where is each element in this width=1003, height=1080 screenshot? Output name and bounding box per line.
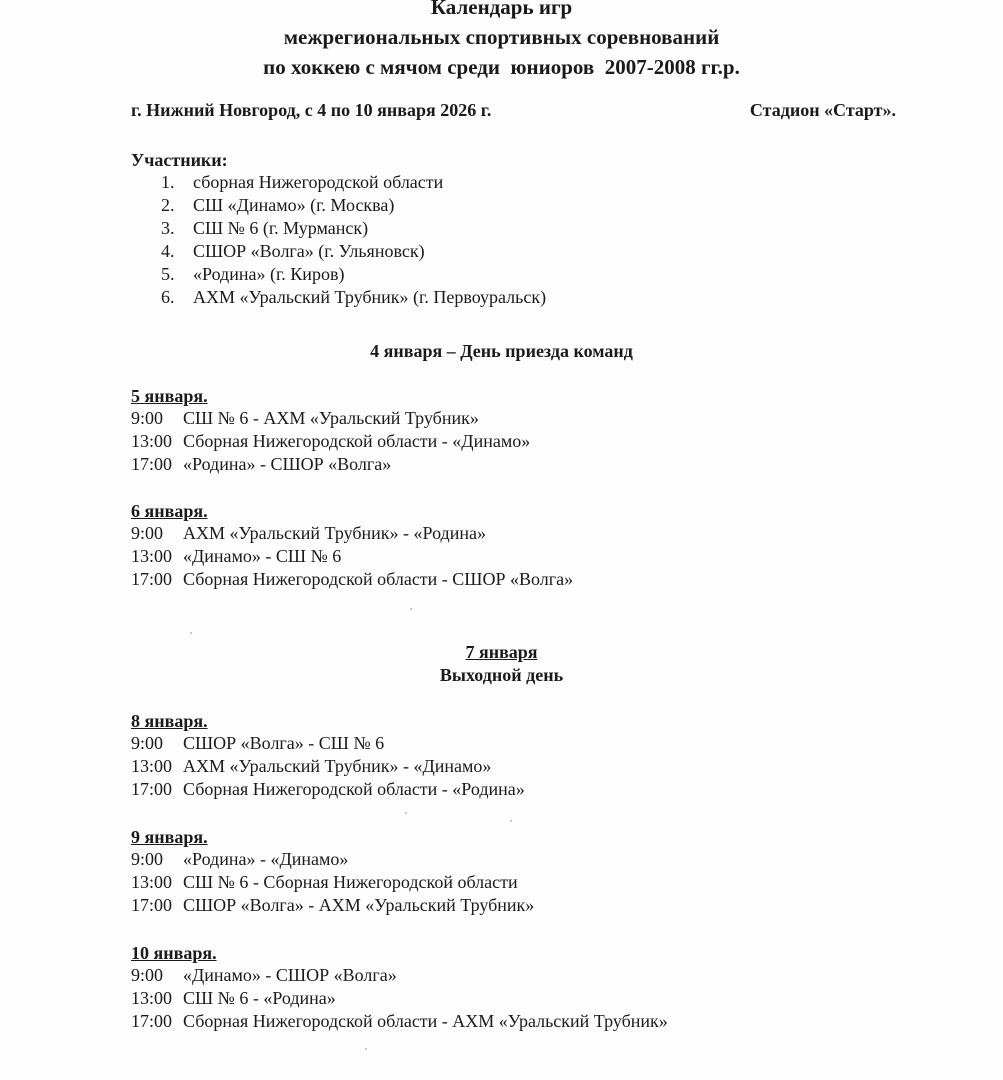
participant-name: СШОР «Волга» (г. Ульяновск) [193,240,425,263]
match-row: 9:00АХМ «Уральский Трубник» - «Родина» [131,522,573,545]
rest-day-label: Выходной день [0,664,1003,687]
match-row: 9:00«Родина» - «Динамо» [131,848,534,871]
match-teams: «Родина» - СШОР «Волга» [183,453,391,476]
match-time: 13:00 [131,545,183,568]
match-time: 13:00 [131,430,183,453]
match-time: 17:00 [131,568,183,591]
match-teams: Сборная Нижегородской области - АХМ «Ура… [183,1010,668,1033]
match-time: 17:00 [131,894,183,917]
participant-name: сборная Нижегородской области [193,171,443,194]
participants-section: Участники: 1.сборная Нижегородской облас… [131,149,546,309]
match-row: 13:00Сборная Нижегородской области - «Ди… [131,430,530,453]
rest-day-block: 7 января Выходной день [0,641,1003,687]
match-teams: СШ № 6 - «Родина» [183,987,336,1010]
match-time: 13:00 [131,987,183,1010]
match-row: 17:00Сборная Нижегородской области - СШО… [131,568,573,591]
match-time: 13:00 [131,755,183,778]
title-line-2: межрегиональных спортивных соревнований [0,22,1003,52]
day-label: 10 января. [131,942,668,964]
day-label: 5 января. [131,385,530,407]
match-row: 13:00«Динамо» - СШ № 6 [131,545,573,568]
participant-number: 2. [161,194,193,217]
match-row: 13:00СШ № 6 - Сборная Нижегородской обла… [131,871,534,894]
arrival-day-heading: 4 января – День приезда команд [0,340,1003,362]
match-teams: АХМ «Уральский Трубник» - «Динамо» [183,755,491,778]
event-venue: Стадион «Старт». [750,99,896,121]
participant-number: 4. [161,240,193,263]
participant-number: 1. [161,171,193,194]
scan-speck [190,632,192,634]
match-time: 9:00 [131,407,183,430]
schedule-day-9: 9 января. 9:00«Родина» - «Динамо» 13:00С… [131,826,534,917]
match-time: 17:00 [131,1010,183,1033]
match-teams: Сборная Нижегородской области - «Родина» [183,778,525,801]
match-time: 13:00 [131,871,183,894]
schedule-day-10: 10 января. 9:00«Динамо» - СШОР «Волга» 1… [131,942,668,1033]
match-teams: Сборная Нижегородской области - «Динамо» [183,430,530,453]
participant-item: 6.АХМ «Уральский Трубник» (г. Первоураль… [131,286,546,309]
match-time: 9:00 [131,522,183,545]
match-row: 9:00«Динамо» - СШОР «Волга» [131,964,668,987]
match-row: 9:00СШОР «Волга» - СШ № 6 [131,732,525,755]
match-teams: «Динамо» - СШ № 6 [183,545,341,568]
match-row: 9:00СШ № 6 - АХМ «Уральский Трубник» [131,407,530,430]
match-time: 17:00 [131,778,183,801]
match-teams: АХМ «Уральский Трубник» - «Родина» [183,522,486,545]
title-line-1: Календарь игр [0,0,1003,22]
match-row: 17:00Сборная Нижегородской области - АХМ… [131,1010,668,1033]
schedule-day-5: 5 января. 9:00СШ № 6 - АХМ «Уральский Тр… [131,385,530,476]
scan-speck [410,608,412,610]
match-row: 17:00СШОР «Волга» - АХМ «Уральский Трубн… [131,894,534,917]
participant-item: 4.СШОР «Волга» (г. Ульяновск) [131,240,546,263]
match-time: 9:00 [131,732,183,755]
participant-name: «Родина» (г. Киров) [193,263,344,286]
participant-item: 3.СШ № 6 (г. Мурманск) [131,217,546,240]
rest-day-date: 7 января [0,641,1003,664]
match-teams: СШ № 6 - АХМ «Уральский Трубник» [183,407,479,430]
match-teams: Сборная Нижегородской области - СШОР «Во… [183,568,573,591]
schedule-day-6: 6 января. 9:00АХМ «Уральский Трубник» - … [131,500,573,591]
match-row: 17:00«Родина» - СШОР «Волга» [131,453,530,476]
match-teams: «Родина» - «Динамо» [183,848,348,871]
day-label: 9 января. [131,826,534,848]
document-title: Календарь игр межрегиональных спортивных… [0,0,1003,82]
participant-name: АХМ «Уральский Трубник» (г. Первоуральск… [193,286,546,309]
scanned-document-page: Календарь игр межрегиональных спортивных… [0,0,1003,1080]
match-time: 9:00 [131,848,183,871]
event-location: г. Нижний Новгород, с 4 по 10 января 202… [131,99,491,121]
match-row: 13:00СШ № 6 - «Родина» [131,987,668,1010]
participants-list: 1.сборная Нижегородской области 2.СШ «Ди… [131,171,546,309]
match-time: 9:00 [131,964,183,987]
participant-number: 5. [161,263,193,286]
participant-number: 3. [161,217,193,240]
match-teams: «Динамо» - СШОР «Волга» [183,964,397,987]
participant-item: 1.сборная Нижегородской области [131,171,546,194]
participants-label: Участники: [131,149,546,171]
day-label: 6 января. [131,500,573,522]
day-label: 8 января. [131,710,525,732]
match-teams: СШОР «Волга» - СШ № 6 [183,732,384,755]
participant-number: 6. [161,286,193,309]
match-row: 13:00АХМ «Уральский Трубник» - «Динамо» [131,755,525,778]
match-time: 17:00 [131,453,183,476]
participant-name: СШ № 6 (г. Мурманск) [193,217,368,240]
match-teams: СШ № 6 - Сборная Нижегородской области [183,871,518,894]
scan-speck [365,1048,367,1050]
scan-speck [405,812,407,814]
title-line-3: по хоккею с мячом среди юниоров 2007-200… [0,52,1003,82]
participant-name: СШ «Динамо» (г. Москва) [193,194,394,217]
match-teams: СШОР «Волга» - АХМ «Уральский Трубник» [183,894,534,917]
scan-speck [510,820,512,822]
schedule-day-8: 8 января. 9:00СШОР «Волга» - СШ № 6 13:0… [131,710,525,801]
match-row: 17:00Сборная Нижегородской области - «Ро… [131,778,525,801]
participant-item: 2.СШ «Динамо» (г. Москва) [131,194,546,217]
participant-item: 5.«Родина» (г. Киров) [131,263,546,286]
